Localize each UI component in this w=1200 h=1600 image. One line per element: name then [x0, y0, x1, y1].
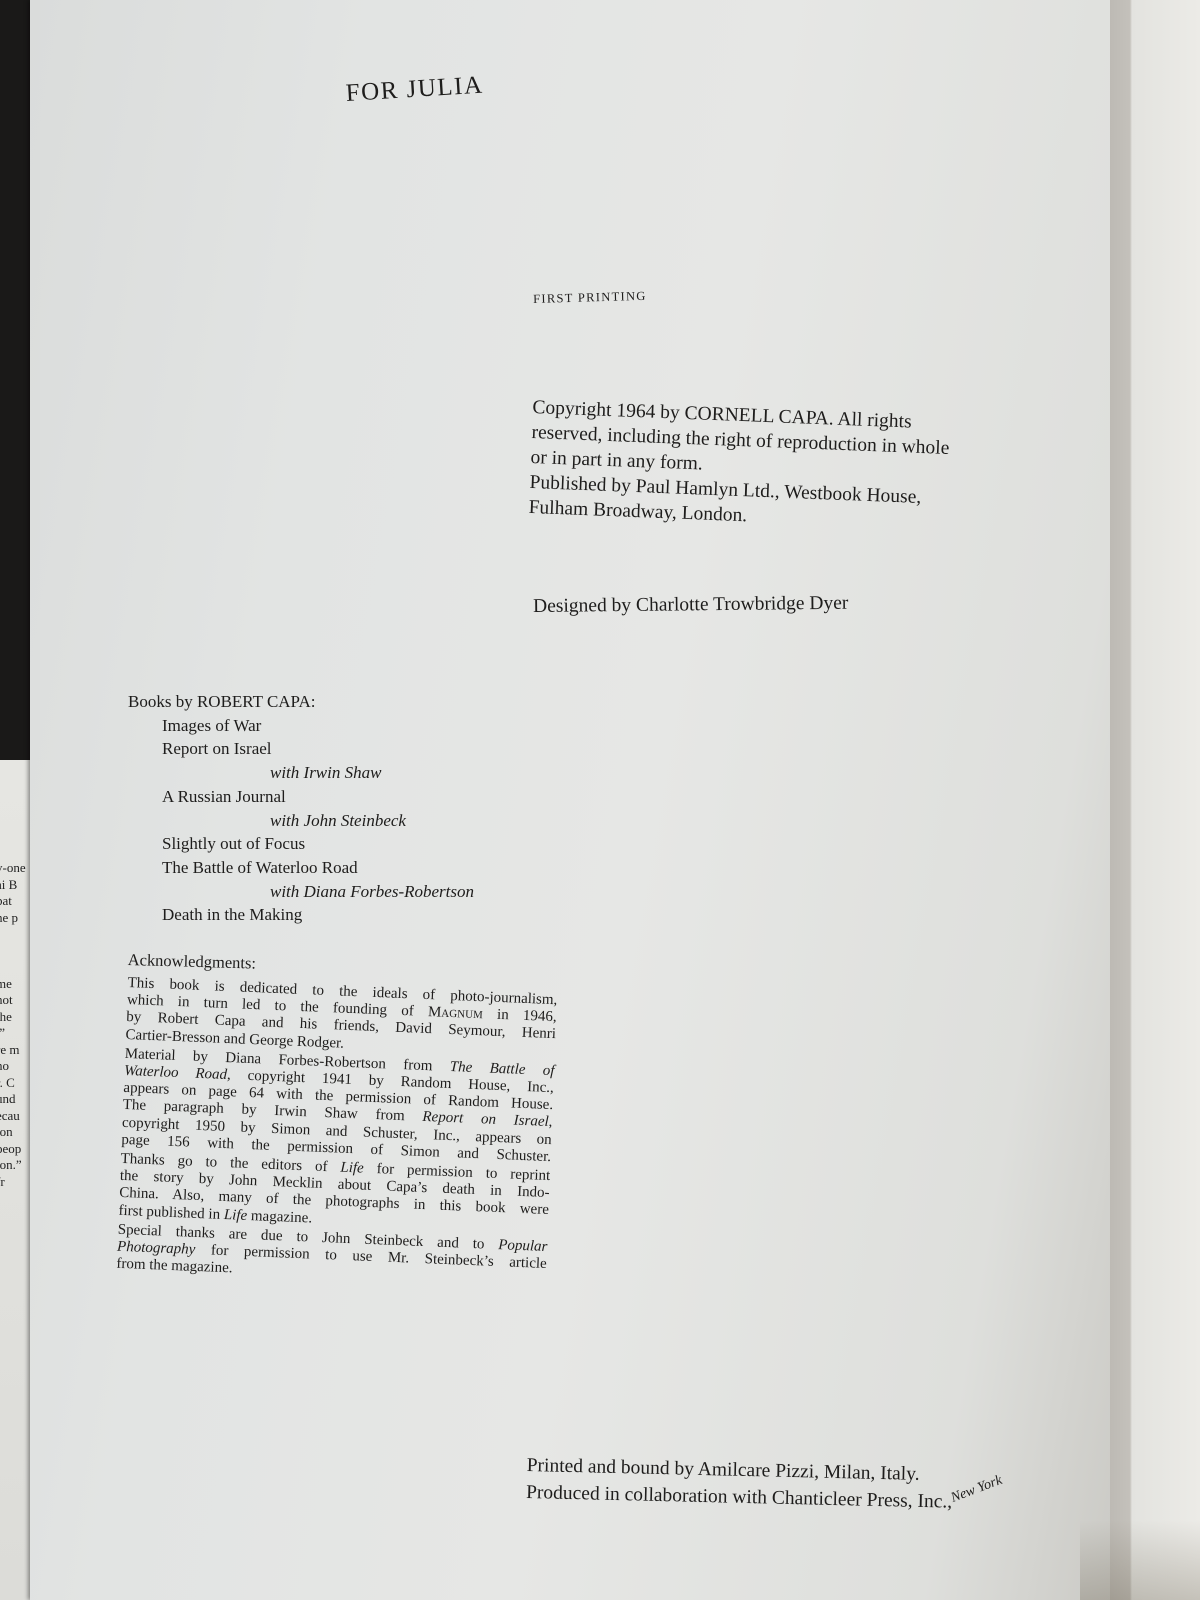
page-shadow	[1080, 1520, 1200, 1600]
fragment-line: not	[0, 992, 34, 1009]
acknowledgments-text: This book is dedicated to the ideals of …	[116, 975, 558, 1292]
first-printing-label: FIRST PRINTING	[533, 289, 647, 307]
book-title: A Russian Journal	[128, 785, 474, 809]
fragment-line: r. C	[0, 1075, 34, 1092]
fragment-line: ai B	[0, 877, 34, 894]
book-title: Death in the Making	[128, 903, 474, 927]
book-coauthor: with John Steinbeck	[128, 809, 474, 833]
books-heading: Books by ROBERT CAPA:	[128, 690, 474, 714]
fragment-line: y-one	[0, 860, 34, 877]
book-title: Report on Israel	[128, 737, 474, 761]
books-list: Images of WarReport on Israelwith Irwin …	[128, 714, 474, 927]
book-title: The Battle of Waterloo Road	[128, 856, 474, 880]
fragment-line	[0, 943, 34, 960]
fragment-line: und	[0, 1091, 34, 1108]
fragment-line: fr	[0, 1174, 34, 1191]
book-title: Slightly out of Focus	[128, 832, 474, 856]
fragment-line: ecau	[0, 1108, 34, 1125]
books-by-author: Books by ROBERT CAPA: Images of WarRepor…	[128, 690, 474, 927]
fragment-line: peop	[0, 1141, 34, 1158]
copyright-notice: Copyright 1964 by CORNELL CAPA. All righ…	[528, 395, 951, 536]
fragment-line: re m	[0, 1042, 34, 1059]
adjacent-page-edge	[0, 0, 34, 1600]
printer-credit: Printed and bound by Amilcare Pizzi, Mil…	[526, 1452, 1012, 1519]
adjacent-page-text-fragment: y-oneai Bbathe p menotthe.”re mnor. Cund…	[0, 860, 34, 1190]
fragment-line: ion	[0, 1124, 34, 1141]
designer-credit: Designed by Charlotte Trowbridge Dyer	[533, 593, 848, 618]
book-title: Images of War	[128, 714, 474, 738]
acknowledgments-heading: Acknowledgments:	[127, 950, 256, 974]
fragment-line	[0, 959, 34, 976]
fragment-line: ion.”	[0, 1157, 34, 1174]
fragment-line: me	[0, 976, 34, 993]
book-coauthor: with Diana Forbes-Robertson	[128, 880, 474, 904]
fragment-line: .”	[0, 1025, 34, 1042]
fragment-line: the	[0, 1009, 34, 1026]
fragment-line: no	[0, 1058, 34, 1075]
ack-paragraph-material: Material by Diana Forbes-Robertson from …	[121, 1046, 555, 1166]
book-coauthor: with Irwin Shaw	[128, 761, 474, 785]
fragment-line	[0, 926, 34, 943]
next-page-edge	[1110, 0, 1200, 1600]
fragment-line: bat	[0, 893, 34, 910]
fragment-line: he p	[0, 910, 34, 927]
